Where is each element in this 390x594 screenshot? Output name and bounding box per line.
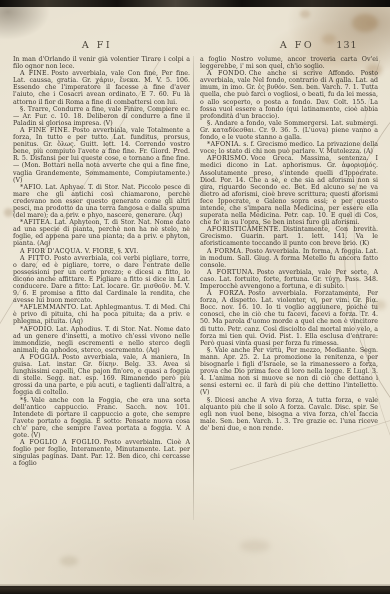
entry-body: Voce Greca. Massima, sentenza. I medici …	[200, 155, 378, 226]
dictionary-entry: A FORMA.Posto Avverbiala. In forma, A fo…	[200, 248, 378, 269]
running-head: A FI A FO 131	[0, 40, 390, 52]
entry-headword: *AFIO.	[20, 184, 43, 191]
dictionary-entry: *AFODIO.Lat. Aphodius. T. di Stor. Nat. …	[13, 326, 190, 354]
dictionary-entry: A FORZA.Posto avverbiala. Forzatamente, …	[200, 290, 378, 347]
dictionary-entry: A FIOR D'ACQUA.V. FIORE, §. XVI.	[13, 248, 190, 255]
dictionary-entry: *AFONIA.s. f. Grecismo medico. La privaz…	[200, 141, 378, 155]
dictionary-entry: *§.Vale anche con la Foggia, che era una…	[13, 397, 190, 440]
entry-headword: *AFLEMMANTO.	[20, 304, 78, 311]
entry-body: Che anche si scrive Affondo. Posto avver…	[200, 70, 378, 120]
entry-headword: AFORISTICAMENTE.	[207, 226, 281, 233]
dictionary-entry: §.Andare a fondo, vale Sommergersi. Lat.…	[200, 120, 378, 141]
entry-headword: *AFODIO.	[20, 326, 54, 333]
dictionary-entry: *AFLEMMANTO.Lat. Aphlegmantus. T. di Med…	[13, 304, 190, 325]
dictionary-entry: §.Trarre, Condurre a fine, vale Finire, …	[13, 106, 190, 127]
entry-body: Andare a fondo, vale Sommergersi. Lat. s…	[200, 120, 378, 141]
entry-body: V. FIORE, §. XVI.	[85, 248, 138, 255]
dictionary-entry: *AFIO.Lat. Aphyae. T. di Stor. Nat. Picc…	[13, 184, 190, 219]
entry-body: Posto avverbiala, vale Totalmente a forz…	[13, 127, 190, 184]
entry-body: In man d'Orlando il venir già volentier …	[13, 56, 190, 70]
dictionary-entry: A FORTUNA.Posto avverbiala, vale Per sor…	[200, 269, 378, 290]
entry-headword: §.	[207, 347, 213, 354]
entry-headword: A FITTO.	[20, 255, 52, 262]
entry-headword: AFORISMO.	[207, 155, 249, 162]
dictionary-entry: §.Vale anche Per virtù, Per mezzo, Media…	[200, 347, 378, 397]
page-number: 131	[330, 40, 364, 51]
entry-headword: A FIOR D'ACQUA.	[20, 248, 83, 255]
entry-continuation: a foglio Nostro volume, ancor troveria c…	[200, 56, 378, 70]
entry-headword: A FINE FINE.	[20, 127, 70, 134]
dictionary-entry: A FITTO.Posto avverbiala, coi verbi pigl…	[13, 255, 190, 305]
dictionary-entry: A FOGLIO A FOGLIO.Posto avverbialm. Cioè…	[13, 439, 190, 467]
entry-body: Vale anche con la Foggia, che era una so…	[13, 397, 190, 439]
entry-body: Posto avverbiala, vale, A maniera, In gu…	[13, 354, 190, 396]
entry-body: a foglio Nostro volume, ancor troveria c…	[200, 56, 378, 70]
entry-continuation: In man d'Orlando il venir già volentier …	[13, 56, 190, 70]
scanned-book-page: A FI A FO 131 In man d'Orlando il venir …	[0, 0, 390, 594]
entry-headword: *§.	[20, 397, 29, 404]
entry-body: Vale anche Per virtù, Per mezzo, Mediant…	[200, 347, 378, 397]
entry-body: Posto avverbiala, coi verbi pigliare, to…	[13, 255, 190, 305]
dictionary-entry: A FONDO.Che anche si scrive Affondo. Pos…	[200, 70, 378, 120]
text-column-right: a foglio Nostro volume, ancor troveria c…	[200, 56, 378, 522]
running-head-left: A FI	[62, 40, 132, 51]
entry-headword: §.	[207, 120, 213, 127]
entry-headword: A FORTUNA.	[207, 269, 255, 276]
entry-headword: A FORMA.	[207, 248, 243, 255]
entry-headword: *AFITEA.	[20, 219, 52, 226]
running-head-right: A FO	[262, 40, 332, 51]
entry-headword: A FONDO.	[207, 70, 247, 77]
entry-headword: A FINE.	[20, 70, 49, 77]
dictionary-entry: AFORISTICAMENTE.Distintamente, Con brevi…	[200, 226, 378, 247]
dictionary-entry: A FOGGIA.Posto avverbiala, vale, A manie…	[13, 354, 190, 397]
dictionary-entry: AFORISMO.Voce Greca. Massima, sentenza. …	[200, 155, 378, 226]
scan-edge-bottom	[0, 584, 390, 594]
entry-body: Posto avverbiala. Forzatamente, Per forz…	[200, 290, 378, 347]
dictionary-entry: A FINE.Posto avverbiala, vale Con fine, …	[13, 70, 190, 105]
entry-headword: §.	[20, 106, 26, 113]
dictionary-entry: §.Dicesi anche A viva forza, A tutta for…	[200, 397, 378, 432]
entry-headword: A FOGLIO A FOGLIO.	[20, 439, 102, 446]
column-divider-rule	[193, 56, 194, 520]
text-column-left: In man d'Orlando il venir già volentier …	[13, 56, 190, 522]
entry-headword: §.	[207, 397, 213, 404]
entry-headword: A FORZA.	[207, 290, 246, 297]
dictionary-entry: *AFITEA.Lat. Aphyteon, T. di Stor. Nat. …	[13, 219, 190, 247]
entry-body: Trarre, Condurre a fine, vale Finire, Co…	[13, 106, 190, 127]
dictionary-entry: A FINE FINE.Posto avverbiala, vale Total…	[13, 127, 190, 184]
entry-headword: *AFONIA.	[207, 141, 241, 148]
entry-headword: A FOGGIA.	[20, 354, 60, 361]
scan-edge-top	[0, 0, 390, 7]
entry-body: Dicesi anche A viva forza, A tutta forza…	[200, 397, 378, 432]
